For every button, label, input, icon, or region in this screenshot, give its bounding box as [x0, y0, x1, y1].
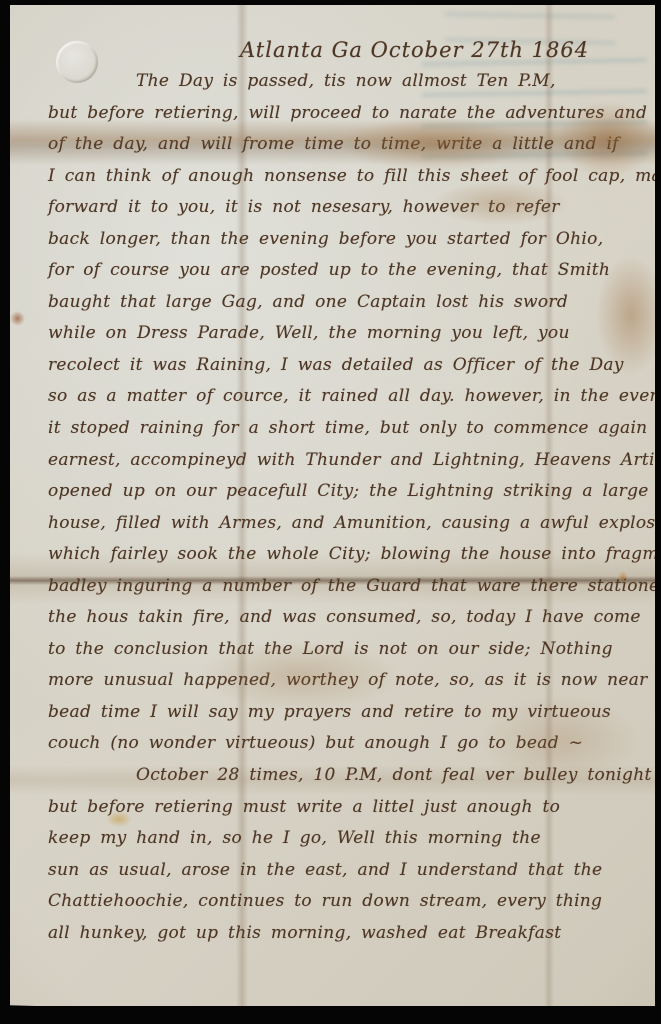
letter-line: but before retiering must write a littel… — [48, 792, 655, 824]
letter-line: baught that large Gag, and one Captain l… — [48, 287, 655, 319]
letter-dateline: Atlanta Ga October 27th 1864 — [240, 38, 655, 62]
letter-line: October 28 times, 10 P.M, dont feal ver … — [48, 760, 655, 792]
letter-line: The Day is passed, tis now allmost Ten P… — [48, 66, 655, 98]
letter-line: house, filled with Armes, and Amunition,… — [48, 508, 655, 540]
letter-line: it stoped raining for a short time, but … — [48, 413, 655, 445]
letter-line: earnest, accompineyd with Thunder and Li… — [48, 445, 655, 477]
letter-line: while on Dress Parade, Well, the morning… — [48, 318, 655, 350]
letter-line: which fairley sook the whole City; blowi… — [48, 539, 655, 571]
letter-line: badley inguring a number of the Guard th… — [48, 571, 655, 603]
letter-line: of the day, and will frome time to time,… — [48, 129, 655, 161]
scan-edge — [0, 1005, 661, 1024]
letter-line: I can think of anough nonsense to fill t… — [48, 161, 655, 193]
letter-line: so as a matter of cource, it rained all … — [48, 381, 655, 413]
letter-line: the hous takin fire, and was consumed, s… — [48, 602, 655, 634]
letter-line: forward it to you, it is not nesesary, h… — [48, 192, 655, 224]
letter-body: Atlanta Ga October 27th 1864 The Day is … — [10, 5, 655, 1006]
letter-line: back longer, than the evening before you… — [48, 224, 655, 256]
letter-line: for of course you are posted up to the e… — [48, 255, 655, 287]
letter-line: opened up on our peacefull City; the Lig… — [48, 476, 655, 508]
letter-line: sun as usual, arose in the east, and I u… — [48, 855, 655, 887]
letter-line: keep my hand in, so he I go, Well this m… — [48, 823, 655, 855]
letter-line: more unusual happened, worthey of note, … — [48, 665, 655, 697]
letter-line: recolect it was Raining, I was detailed … — [48, 350, 655, 382]
letter-line: couch (no wonder virtueous) but anough I… — [48, 728, 655, 760]
letter-line: to the conclusion that the Lord is not o… — [48, 634, 655, 666]
letter-line: all hunkey, got up this morning, washed … — [48, 918, 655, 950]
letter-line: bead time I will say my prayers and reti… — [48, 697, 655, 729]
scanned-letter-page: Atlanta Ga October 27th 1864 The Day is … — [0, 0, 661, 1024]
letter-lines: The Day is passed, tis now allmost Ten P… — [10, 66, 655, 949]
letter-line: Chattiehoochie, continues to run down st… — [48, 886, 655, 918]
letter-line: but before retiering, will proceed to na… — [48, 98, 655, 130]
paper-sheet: Atlanta Ga October 27th 1864 The Day is … — [10, 5, 655, 1006]
